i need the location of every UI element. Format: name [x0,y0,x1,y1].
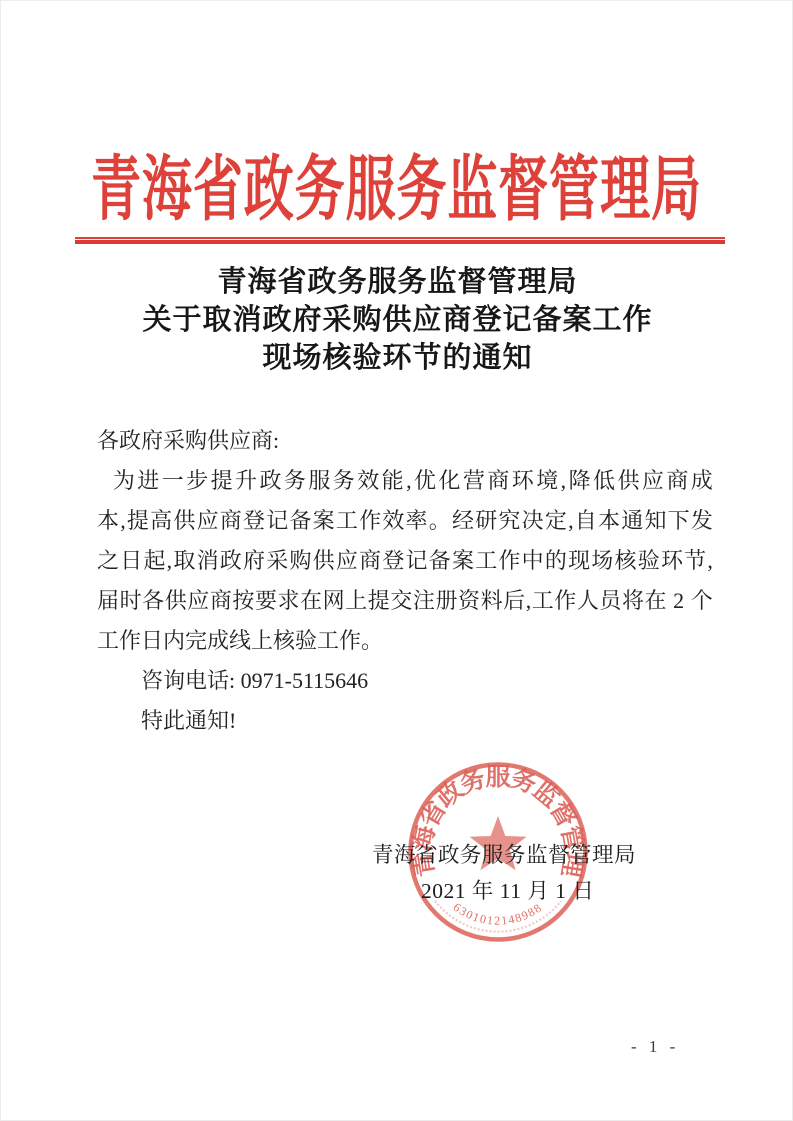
page-number: - 1 - [631,1037,679,1057]
letterhead-divider-rule [75,237,725,244]
closing-line: 特此通知! [97,701,713,741]
paragraph-line: 届时各供应商按要求在网上提交注册资料后,工作人员将在 2 个 [97,581,713,621]
paragraph-line: 为进一步提升政务服务效能,优化营商环境,降低供应商成 [97,461,713,501]
phone-line: 咨询电话: 0971-5115646 [97,661,713,701]
paragraph-line: 工作日内完成线上核验工作。 [97,621,713,661]
paragraph-line: 本,提高供应商登记备案工作效率。经研究决定,自本通知下发 [97,501,713,541]
letterhead-title: 青海省政务服务监督管理局 [91,151,701,228]
document-title-line-2: 关于取消政府采购供应商登记备案工作 [1,301,793,339]
document-title-line-1: 青海省政务服务监督管理局 [1,263,793,301]
paragraph-line: 之日起,取消政府采购供应商登记备案工作中的现场核验环节, [97,541,713,581]
document-title: 青海省政务服务监督管理局 关于取消政府采购供应商登记备案工作 现场核验环节的通知 [1,263,793,377]
document-title-line-3: 现场核验环节的通知 [1,339,793,377]
salutation: 各政府采购供应商: [97,421,713,461]
document-body: 各政府采购供应商: 为进一步提升政务服务效能,优化营商环境,降低供应商成 本,提… [97,421,713,741]
signature-agency: 青海省政务服务监督管理局 [372,838,636,869]
document-page: 青海省政务服务监督管理局 青海省政务服务监督管理局 关于取消政府采购供应商登记备… [0,0,793,1121]
signature-date: 2021 年 11 月 1 日 [421,874,594,905]
